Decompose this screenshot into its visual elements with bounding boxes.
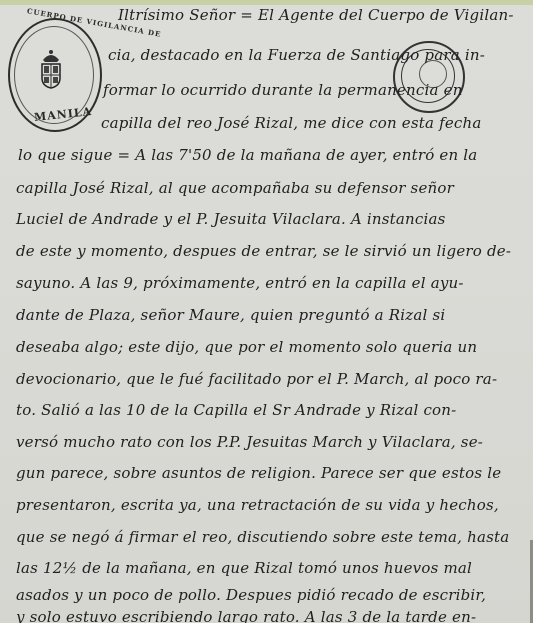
text-line: y solo estuvo escribiendo largo rato. A … <box>16 608 476 623</box>
text-line: formar lo ocurrido durante la permanenci… <box>103 81 463 99</box>
text-line: cia, destacado en la Fuerza de Santiago … <box>108 46 485 64</box>
text-line: capilla José Rizal, al que acompañaba su… <box>16 179 454 197</box>
text-line: to. Salió a las 10 de la Capilla el Sr A… <box>16 401 456 419</box>
text-line: dante de Plaza, señor Maure, quien pregu… <box>16 306 445 324</box>
text-line: Luciel de Andrade y el P. Jesuita Vilacl… <box>16 210 446 228</box>
text-line: Iltrísimo Señor = El Agente del Cuerpo d… <box>118 6 514 24</box>
text-line: deseaba algo; este dijo, que por el mome… <box>16 338 477 356</box>
text-line: lo que sigue = A las 7'50 de la mañana d… <box>18 146 477 164</box>
text-line: versó mucho rato con los P.P. Jesuitas M… <box>16 433 483 451</box>
text-line: presentaron, escrita ya, una retractació… <box>16 496 499 514</box>
text-line: las 12½ de la mañana, en que Rizal tomó … <box>16 559 472 577</box>
text-line: asados y un poco de pollo. Despues pidió… <box>16 586 486 604</box>
text-line: devocionario, que le fué facilitado por … <box>16 370 497 388</box>
text-line: capilla del reo José Rizal, me dice con … <box>101 114 482 132</box>
royal-crest-icon <box>36 48 66 90</box>
text-line: gun parece, sobre asuntos de religion. P… <box>16 464 501 482</box>
text-line: de este y momento, despues de entrar, se… <box>16 242 511 260</box>
text-line: que se negó á firmar el reo, discutiendo… <box>16 528 509 546</box>
text-line: sayuno. A las 9, próximamente, entró en … <box>16 274 464 292</box>
